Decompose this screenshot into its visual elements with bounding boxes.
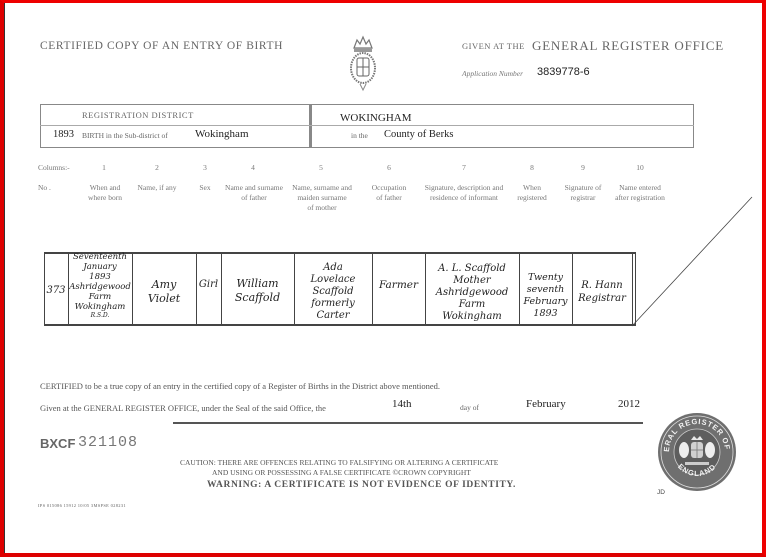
certification-statement: CERTIFIED to be a true copy of an entry … xyxy=(40,381,440,391)
given-at-statement: Given at the GENERAL REGISTER OFFICE, un… xyxy=(40,403,326,413)
certificate-year: 2012 xyxy=(618,398,640,410)
serial-prefix: BXCF xyxy=(40,436,75,451)
caution-line-1: CAUTION: THERE ARE OFFENCES RELATING TO … xyxy=(180,458,498,467)
certificate-month: February xyxy=(526,398,566,410)
clerk-initials: JD xyxy=(657,489,665,496)
signature-line xyxy=(173,422,643,424)
general-register-office-seal-icon: GENERAL REGISTER OFFICE ENGLAND xyxy=(657,412,737,492)
caution-line-2: AND USING OR POSSESSING A FALSE CERTIFIC… xyxy=(212,468,471,477)
print-code: IPS 015086 15912 10/05 3MSPSE 028231 xyxy=(38,503,126,508)
certificate-day: 14th xyxy=(392,398,412,410)
identity-warning: WARNING: A CERTIFICATE IS NOT EVIDENCE O… xyxy=(207,480,516,490)
day-of-label: day of xyxy=(460,403,479,412)
serial-number: 321108 xyxy=(78,434,138,451)
